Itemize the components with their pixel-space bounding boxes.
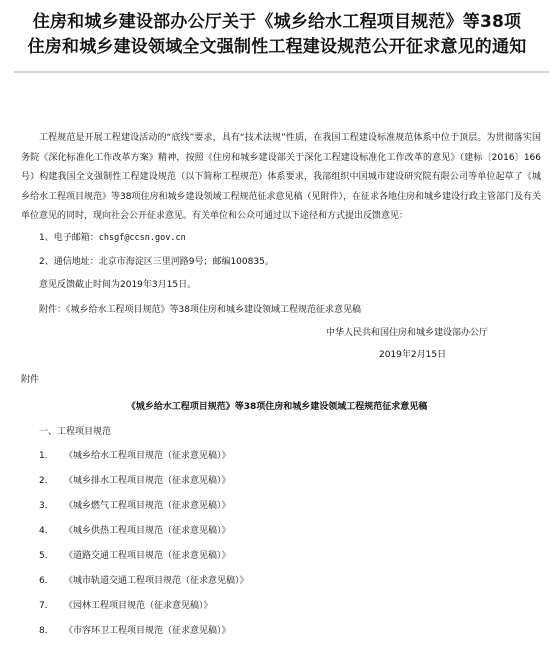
notice-title-line-1: 住房和城乡建设部办公厅关于《城乡给水工程项目规范》等38项 [0, 10, 554, 34]
email-label: 1、电子邮箱： [39, 233, 99, 243]
feedback-deadline: 意见反馈截止时间为2019年3月15日。 [39, 278, 196, 292]
list-item: 2．《城乡排水工程项目规范（征求意见稿）》 [39, 474, 231, 488]
title-divider [14, 71, 549, 73]
list-item-text: 《城市轨道交通工程项目规范（征求意见稿）》 [64, 576, 249, 586]
list-item-text: 《道路交通工程项目规范（征求意见稿）》 [64, 551, 231, 561]
address-label: 2、通信地址： [39, 257, 99, 267]
notice-title-line-2: 住房和城乡建设领域全文强制性工程建设规范公开征求意见的通知 [0, 35, 554, 59]
list-item: 6．《城市轨道交通工程项目规范（征求意见稿）》 [39, 574, 249, 588]
attachment-title: 《城乡给水工程项目规范》等38项住房和城乡建设领域工程规范征求意见稿 [0, 400, 554, 414]
list-item: 4．《城乡供热工程项目规范（征求意见稿）》 [39, 524, 231, 538]
attachment-label: 附件 [21, 373, 39, 387]
contact-address: 2、通信地址：北京市海淀区三里河路9号；邮编100835。 [39, 255, 274, 269]
list-item-text: 《园林工程项目规范（征求意见稿）》 [64, 601, 213, 611]
signature-date: 2019年2月15日 [379, 348, 446, 362]
list-item-number: 5． [39, 549, 64, 563]
list-item: 1．《城乡给水工程项目规范（征求意见稿）》 [39, 449, 231, 463]
list-item: 8．《市容环卫工程项目规范（征求意见稿）》 [39, 624, 231, 638]
list-item-number: 7． [39, 599, 64, 613]
list-item-number: 3． [39, 499, 64, 513]
list-item-text: 《城乡排水工程项目规范（征求意见稿）》 [64, 476, 231, 486]
list-item-text: 《城乡给水工程项目规范（征求意见稿）》 [64, 451, 231, 461]
email-link[interactable]: chsgf@ccsn.gov.cn [99, 233, 186, 243]
list-item-number: 4． [39, 524, 64, 538]
list-item-text: 《市容环卫工程项目规范（征求意见稿）》 [64, 626, 231, 636]
section-heading: 一、工程项目规范 [39, 425, 111, 439]
attachment-reference[interactable]: 附件：《城乡给水工程项目规范》等38项住房和城乡建设领域工程规范征求意见稿 [39, 303, 361, 317]
contact-email: 1、电子邮箱：chsgf@ccsn.gov.cn [39, 231, 186, 245]
list-item: 3．《城乡燃气工程项目规范（征求意见稿）》 [39, 499, 231, 513]
list-item-number: 8． [39, 624, 64, 638]
list-item-text: 《城乡供热工程项目规范（征求意见稿）》 [64, 526, 231, 536]
list-item-number: 1． [39, 449, 64, 463]
list-item: 5．《道路交通工程项目规范（征求意见稿）》 [39, 549, 231, 563]
list-item-number: 6． [39, 574, 64, 588]
list-item: 7．《园林工程项目规范（征求意见稿）》 [39, 599, 213, 613]
list-item-text: 《城乡燃气工程项目规范（征求意见稿）》 [64, 501, 231, 511]
list-item-number: 2． [39, 474, 64, 488]
signature-organization: 中华人民共和国住房和城乡建设部办公厅 [326, 326, 488, 340]
body-paragraph: 工程规范是开展工程建设活动的“底线”要求，具有“技术法规”性质，在我国工程建设标… [21, 129, 541, 227]
address-value: 北京市海淀区三里河路9号；邮编100835。 [99, 257, 274, 267]
